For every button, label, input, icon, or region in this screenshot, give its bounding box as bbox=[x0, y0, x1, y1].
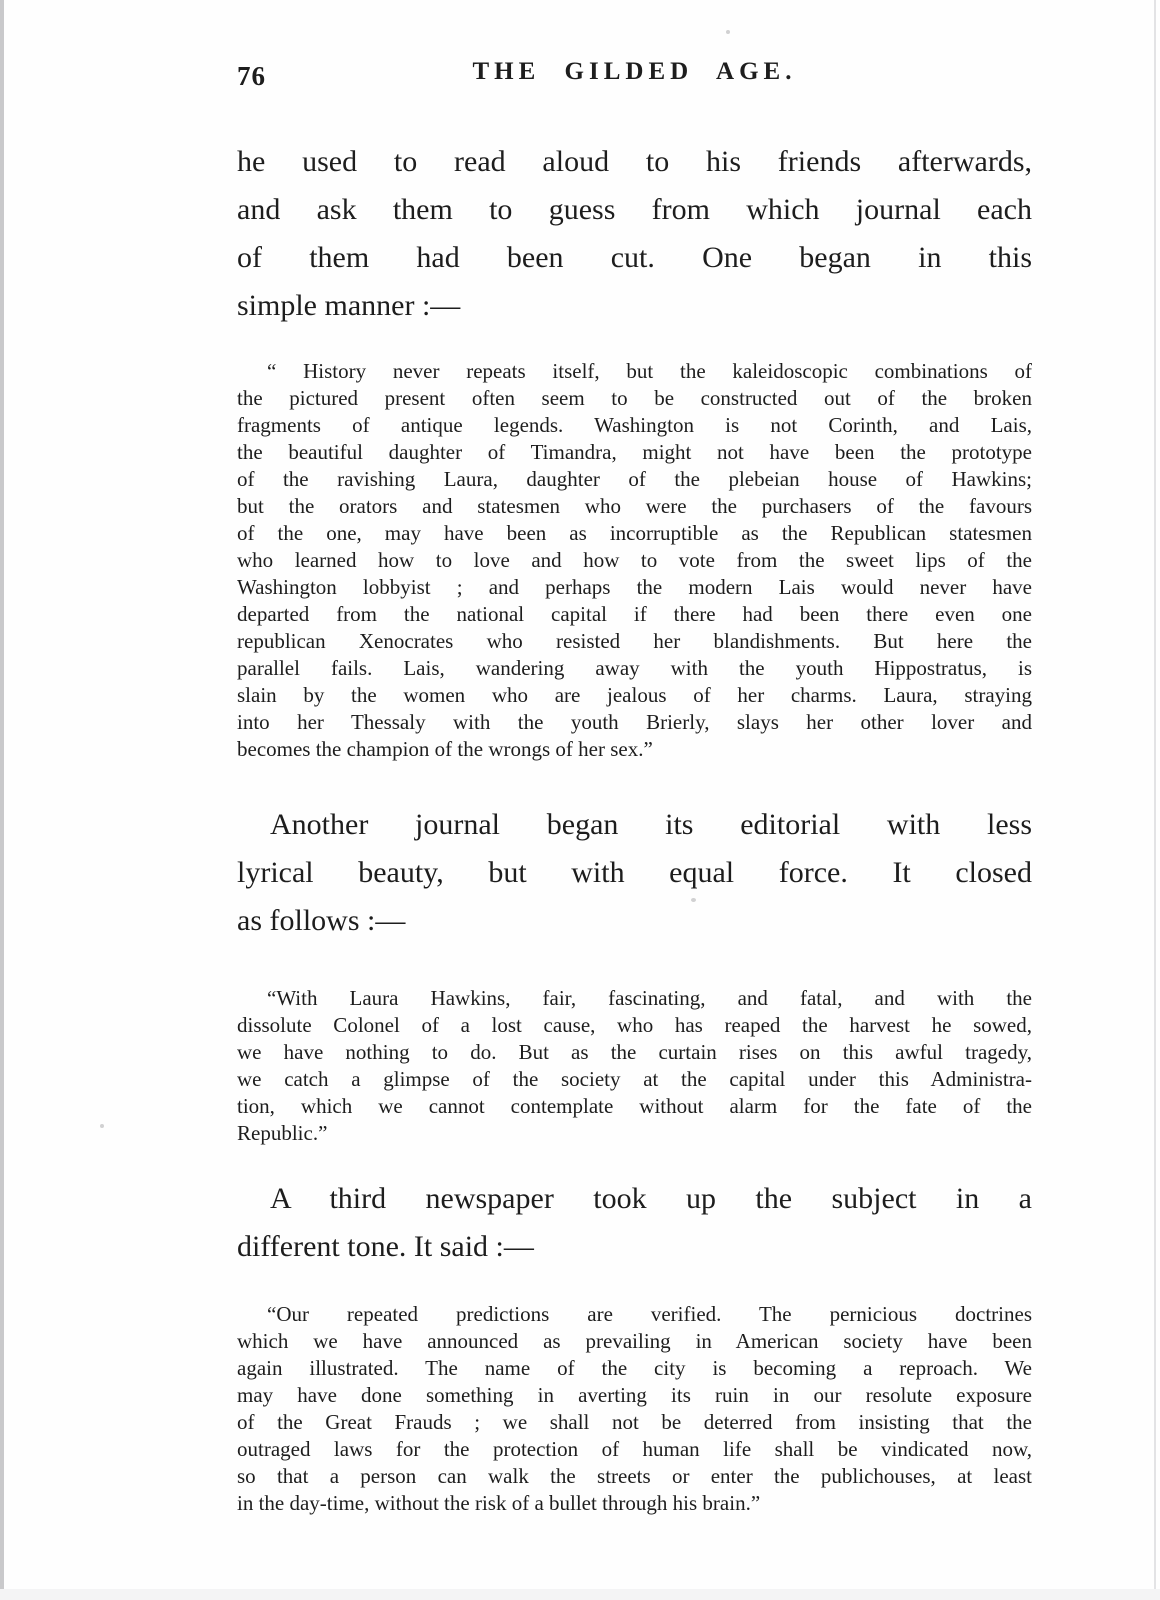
journal-extract-3: “Our repeated predictions are verified. … bbox=[237, 1301, 1032, 1517]
text-line: so that a person can walk the streets or… bbox=[237, 1463, 1032, 1490]
text-line: lyrical beauty, but with equal force. It… bbox=[237, 849, 1032, 897]
text-line: outraged laws for the protection of huma… bbox=[237, 1436, 1032, 1463]
running-title: THE GILDED AGE. bbox=[237, 58, 1032, 86]
text-line: the beautiful daughter of Timandra, migh… bbox=[237, 439, 1032, 466]
text-line: Another journal began its editorial with… bbox=[237, 801, 1032, 849]
text-line: tion, which we cannot contemplate withou… bbox=[237, 1093, 1032, 1120]
text-line: becomes the champion of the wrongs of he… bbox=[237, 736, 1032, 763]
page-left-edge bbox=[0, 0, 4, 1600]
text-line: which we have announced as prevailing in… bbox=[237, 1328, 1032, 1355]
text-line: but the orators and statesmen who were t… bbox=[237, 493, 1032, 520]
text-line: dissolute Colonel of a lost cause, who h… bbox=[237, 1012, 1032, 1039]
text-line: we catch a glimpse of the society at the… bbox=[237, 1066, 1032, 1093]
text-line: as follows :— bbox=[237, 897, 1032, 945]
scan-speck bbox=[100, 1124, 104, 1128]
opening-paragraph: he used to read aloud to his friends aft… bbox=[237, 138, 1032, 330]
text-line: may have done something in averting its … bbox=[237, 1382, 1032, 1409]
text-line: “Our repeated predictions are verified. … bbox=[237, 1301, 1032, 1328]
text-line: Republic.” bbox=[237, 1120, 1032, 1147]
text-line: who learned how to love and how to vote … bbox=[237, 547, 1032, 574]
text-line: slain by the women who are jealous of he… bbox=[237, 682, 1032, 709]
text-line: “ History never repeats itself, but the … bbox=[237, 358, 1032, 385]
text-line: “With Laura Hawkins, fair, fascinating, … bbox=[237, 985, 1032, 1012]
text-line: republican Xenocrates who resisted her b… bbox=[237, 628, 1032, 655]
text-line: into her Thessaly with the youth Brierly… bbox=[237, 709, 1032, 736]
text-line: departed from the national capital if th… bbox=[237, 601, 1032, 628]
text-line: fragments of antique legends. Washington… bbox=[237, 412, 1032, 439]
text-line: we have nothing to do. But as the curtai… bbox=[237, 1039, 1032, 1066]
journal-extract-1: “ History never repeats itself, but the … bbox=[237, 358, 1032, 763]
text-line: of the ravishing Laura, daughter of the … bbox=[237, 466, 1032, 493]
text-line: and ask them to guess from which journal… bbox=[237, 186, 1032, 234]
text-line: of the one, may have been as incorruptib… bbox=[237, 520, 1032, 547]
text-line: Washington lobbyist ; and perhaps the mo… bbox=[237, 574, 1032, 601]
text-line: again illustrated. The name of the city … bbox=[237, 1355, 1032, 1382]
page-header: 76 THE GILDED AGE. bbox=[237, 58, 1032, 92]
second-paragraph: Another journal began its editorial with… bbox=[237, 801, 1032, 945]
text-line: in the day-time, without the risk of a b… bbox=[237, 1490, 1032, 1517]
text-line: the pictured present often seem to be co… bbox=[237, 385, 1032, 412]
page-number: 76 bbox=[237, 61, 266, 92]
journal-extract-2: “With Laura Hawkins, fair, fascinating, … bbox=[237, 985, 1032, 1147]
page-right-edge bbox=[1154, 0, 1156, 1600]
text-line: A third newspaper took up the subject in… bbox=[237, 1175, 1032, 1223]
text-line: different tone. It said :— bbox=[237, 1223, 1032, 1271]
text-line: parallel fails. Lais, wandering away wit… bbox=[237, 655, 1032, 682]
book-page: 76 THE GILDED AGE. he used to read aloud… bbox=[0, 0, 1160, 1600]
page-bottom-edge bbox=[0, 1589, 1160, 1600]
page-content: 76 THE GILDED AGE. he used to read aloud… bbox=[237, 58, 1032, 1517]
text-line: simple manner :— bbox=[237, 282, 1032, 330]
text-line: of the Great Frauds ; we shall not be de… bbox=[237, 1409, 1032, 1436]
third-paragraph: A third newspaper took up the subject in… bbox=[237, 1175, 1032, 1271]
scan-speck bbox=[726, 30, 730, 34]
text-line: he used to read aloud to his friends aft… bbox=[237, 138, 1032, 186]
text-line: of them had been cut. One began in this bbox=[237, 234, 1032, 282]
